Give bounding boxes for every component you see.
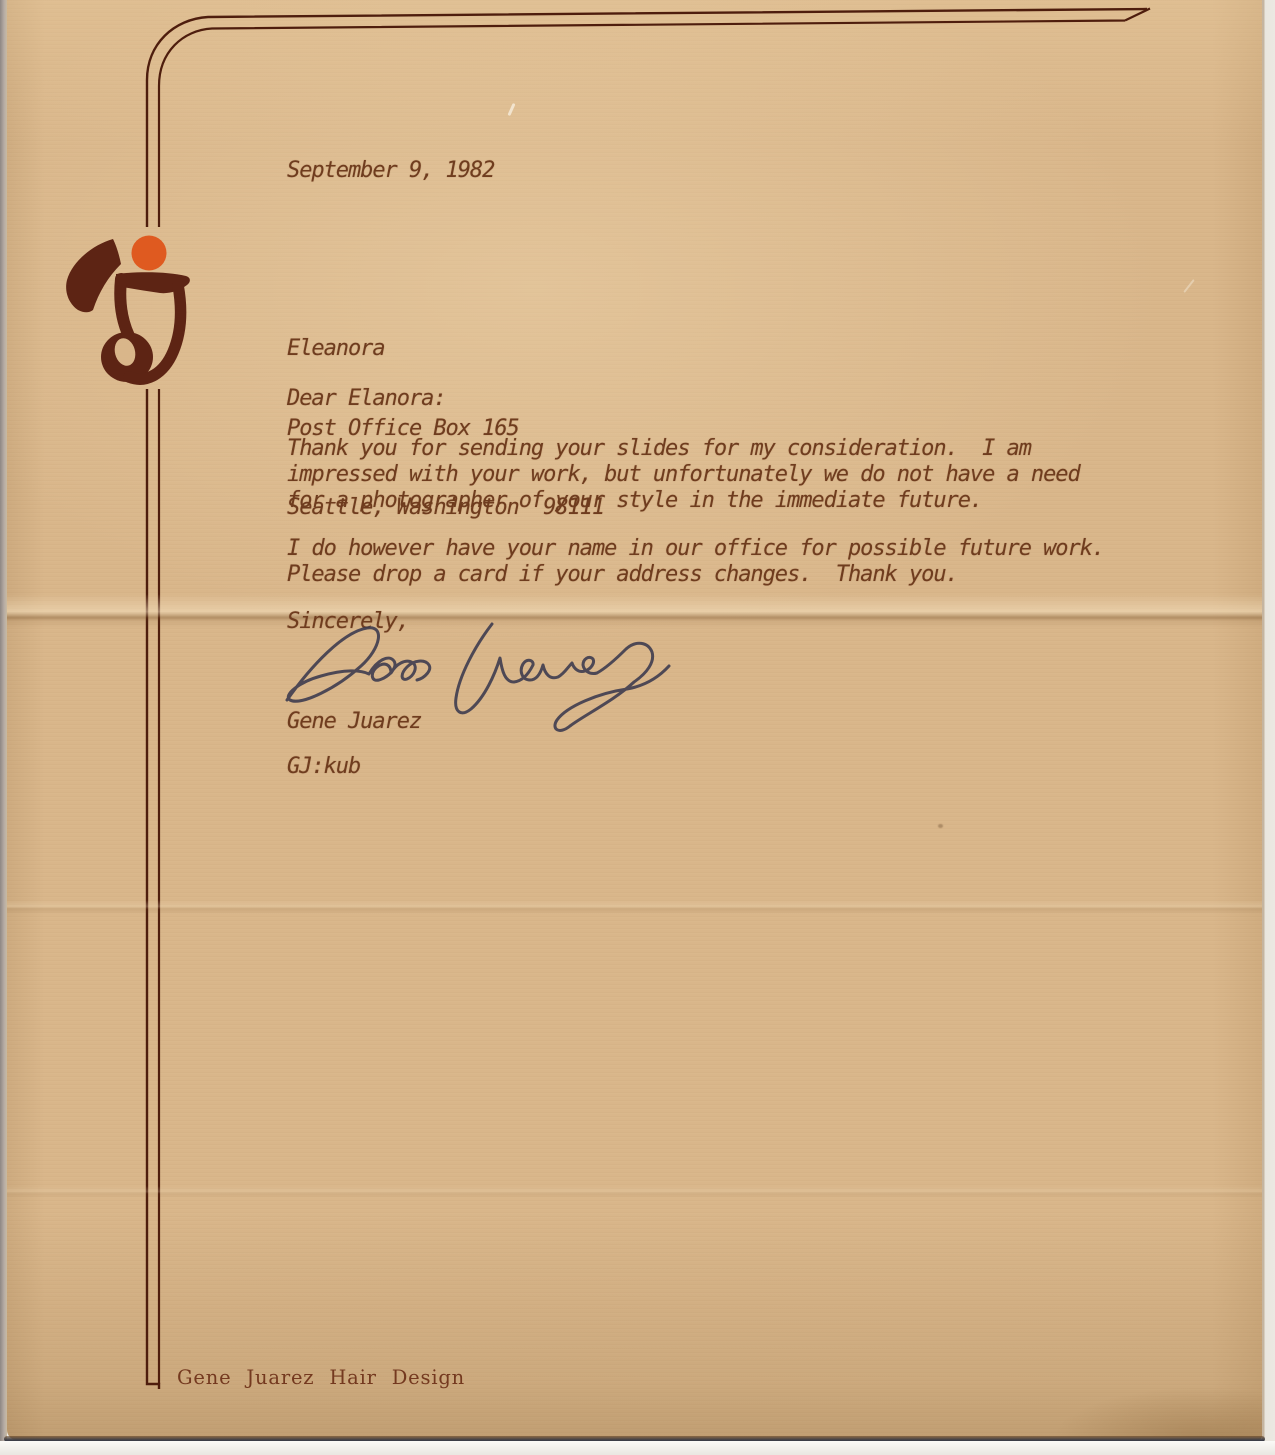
body-paragraph-2: I do however have your name in our offic…: [287, 536, 1104, 588]
signature-stroke-juarez: [456, 624, 669, 730]
signature-stroke-gene: [287, 628, 430, 701]
letter-paper: September 9, 1982 Eleanora Post Office B…: [7, 0, 1262, 1440]
scan-edge-left: [0, 0, 7, 1455]
logo-orange-dot: [132, 236, 167, 271]
scanned-letter: September 9, 1982 Eleanora Post Office B…: [0, 0, 1275, 1455]
gj-monogram-logo: [63, 233, 207, 389]
body-paragraph-1: Thank you for sending your slides for my…: [287, 436, 1080, 514]
typed-sender-name: Gene Juarez: [287, 709, 421, 735]
salutation: Dear Elanora:: [287, 386, 446, 412]
company-tagline: Gene Juarez Hair Design: [177, 1366, 465, 1389]
recipient-name: Eleanora: [287, 336, 604, 363]
corner-curl-shadow: [1047, 1385, 1262, 1437]
logo-wing-swash: [66, 239, 121, 312]
letter-date: September 9, 1982: [287, 158, 494, 184]
scan-edge-right: [1262, 0, 1275, 1455]
reference-initials: GJ:kub: [287, 754, 360, 780]
ink-speck: [938, 824, 943, 828]
recipient-address: Eleanora Post Office Box 165 Seattle, Wa…: [287, 283, 604, 575]
scan-edge-bottom: [0, 1441, 1275, 1455]
